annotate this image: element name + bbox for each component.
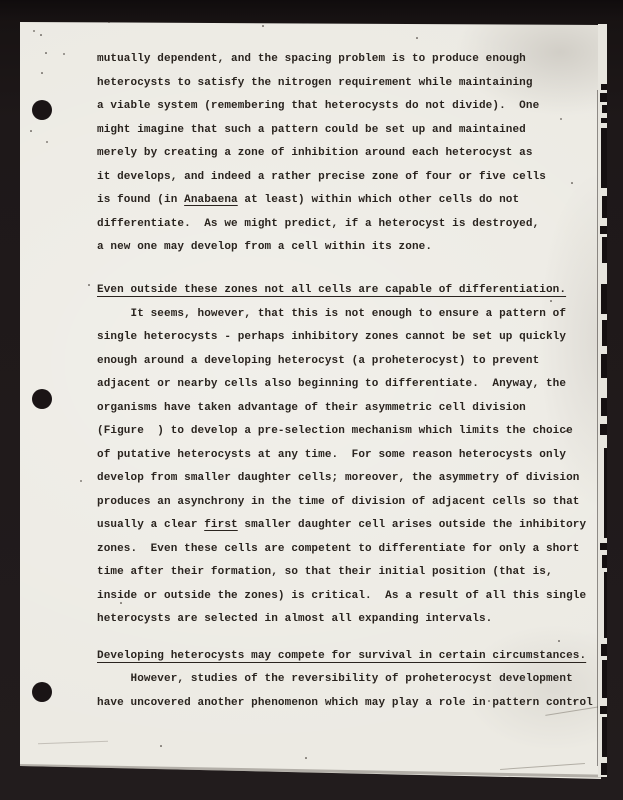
paper-speck bbox=[560, 118, 562, 120]
underlined-term-anabaena: Anabaena bbox=[184, 194, 238, 206]
paper-speck bbox=[120, 602, 122, 604]
text-line: It seems, however, that this is not enou… bbox=[97, 303, 599, 327]
paper-speck bbox=[80, 480, 82, 482]
binding-edge-mark bbox=[601, 763, 607, 775]
binding-edge-mark bbox=[601, 354, 607, 378]
paper-speck bbox=[45, 52, 47, 54]
text-line: merely by creating a zone of inhibition … bbox=[97, 142, 599, 166]
binding-edge-mark bbox=[601, 644, 607, 656]
paper-speck bbox=[30, 130, 32, 132]
binding-edge-mark bbox=[604, 448, 607, 538]
binding-edge-mark bbox=[601, 284, 607, 314]
binding-edge-mark bbox=[600, 543, 607, 550]
paper-speck bbox=[550, 300, 552, 302]
binding-edge-mark bbox=[602, 105, 607, 113]
paper-speck bbox=[88, 284, 90, 286]
document-page: mutually dependent, and the spacing prob… bbox=[20, 22, 601, 779]
binding-edge-mark bbox=[602, 555, 607, 568]
text-line: differentiate. As we might predict, if a… bbox=[97, 213, 599, 237]
text-line: organisms have taken advantage of their … bbox=[97, 397, 599, 421]
text-line: mutually dependent, and the spacing prob… bbox=[97, 48, 599, 72]
text-segment: smaller daughter cell arises outside the… bbox=[238, 519, 586, 531]
paper-speck bbox=[571, 182, 573, 184]
text-line: (Figure ) to develop a pre-selection mec… bbox=[97, 420, 599, 444]
punch-hole bbox=[32, 100, 52, 120]
paper-speck bbox=[160, 745, 162, 747]
text-line: enough around a developing heterocyst (a… bbox=[97, 350, 599, 374]
text-line: a new one may develop from a cell within… bbox=[97, 236, 599, 260]
paragraph-spacing-problem: mutually dependent, and the spacing prob… bbox=[97, 48, 599, 260]
text-line: adjacent or nearby cells also beginning … bbox=[97, 373, 599, 397]
typewritten-text-column: mutually dependent, and the spacing prob… bbox=[97, 48, 599, 715]
text-line: However, studies of the reversibility of… bbox=[97, 668, 599, 692]
binding-edge-mark bbox=[600, 93, 607, 102]
section-heading-zones: Even outside these zones not all cells a… bbox=[97, 279, 599, 303]
paragraph-reversibility-studies: However, studies of the reversibility of… bbox=[97, 668, 599, 715]
paper-speck bbox=[46, 141, 48, 143]
scratch-mark bbox=[38, 741, 108, 744]
underlined-term-first: first bbox=[204, 519, 238, 531]
text-line: produces an asynchrony in the time of di… bbox=[97, 491, 599, 515]
paper-speck bbox=[558, 640, 560, 642]
paper-speck bbox=[565, 430, 567, 432]
text-line: a viable system (remembering that hetero… bbox=[97, 95, 599, 119]
text-segment: at least) within which other cells do no… bbox=[238, 194, 519, 206]
text-line: of putative heterocysts at any time. For… bbox=[97, 444, 599, 468]
text-line: zones. Even these cells are competent to… bbox=[97, 538, 599, 562]
section-heading-competition: Developing heterocysts may compete for s… bbox=[97, 645, 599, 669]
text-line-with-underlined-term: is found (in Anabaena at least) within w… bbox=[97, 189, 599, 213]
paper-speck bbox=[573, 700, 575, 702]
paper-speck bbox=[305, 757, 307, 759]
punch-hole bbox=[32, 682, 52, 702]
binding-edge-mark bbox=[601, 84, 607, 90]
binding-edge-mark bbox=[604, 572, 607, 638]
scanned-document-photo: mutually dependent, and the spacing prob… bbox=[0, 0, 623, 800]
paper-speck bbox=[488, 700, 490, 702]
text-line: heterocysts are selected in almost all e… bbox=[97, 608, 599, 632]
text-segment: is found (in bbox=[97, 194, 184, 206]
text-line: it develops, and indeed a rather precise… bbox=[97, 166, 599, 190]
binding-edge-mark bbox=[602, 196, 607, 218]
paper-speck bbox=[416, 37, 418, 39]
binding-edge-mark bbox=[602, 320, 607, 346]
binding-edge-strip bbox=[598, 24, 607, 777]
text-segment: usually a clear bbox=[97, 519, 204, 531]
binding-edge-mark bbox=[601, 118, 607, 123]
paper-speck bbox=[108, 21, 110, 23]
text-line: time after their formation, so that thei… bbox=[97, 561, 599, 585]
punch-hole bbox=[32, 389, 52, 409]
paragraph-preselection-mechanism: It seems, however, that this is not enou… bbox=[97, 303, 599, 632]
paper-speck bbox=[262, 25, 264, 27]
scratch-mark bbox=[500, 763, 585, 770]
binding-edge-mark bbox=[600, 226, 607, 234]
binding-edge-mark bbox=[600, 424, 607, 435]
page-bottom-edge-shadow bbox=[20, 764, 601, 777]
text-line: heterocysts to satisfy the nitrogen requ… bbox=[97, 72, 599, 96]
binding-edge-mark bbox=[602, 237, 607, 263]
text-line-with-underlined-term: usually a clear first smaller daughter c… bbox=[97, 514, 599, 538]
binding-edge-mark bbox=[600, 706, 607, 714]
text-line: develop from smaller daughter cells; mor… bbox=[97, 467, 599, 491]
text-line: single heterocysts - perhaps inhibitory … bbox=[97, 326, 599, 350]
paper-speck bbox=[33, 30, 35, 32]
binding-edge-mark bbox=[601, 398, 607, 416]
paper-speck bbox=[63, 53, 65, 55]
binding-edge-mark bbox=[602, 660, 607, 698]
paper-speck bbox=[41, 72, 43, 74]
binding-edge-mark bbox=[601, 128, 607, 188]
binding-edge-mark bbox=[602, 717, 607, 757]
text-line: might imagine that such a pattern could … bbox=[97, 119, 599, 143]
text-line: inside or outside the zones) is critical… bbox=[97, 585, 599, 609]
paper-speck bbox=[40, 34, 42, 36]
text-line: have uncovered another phenomenon which … bbox=[97, 692, 599, 716]
